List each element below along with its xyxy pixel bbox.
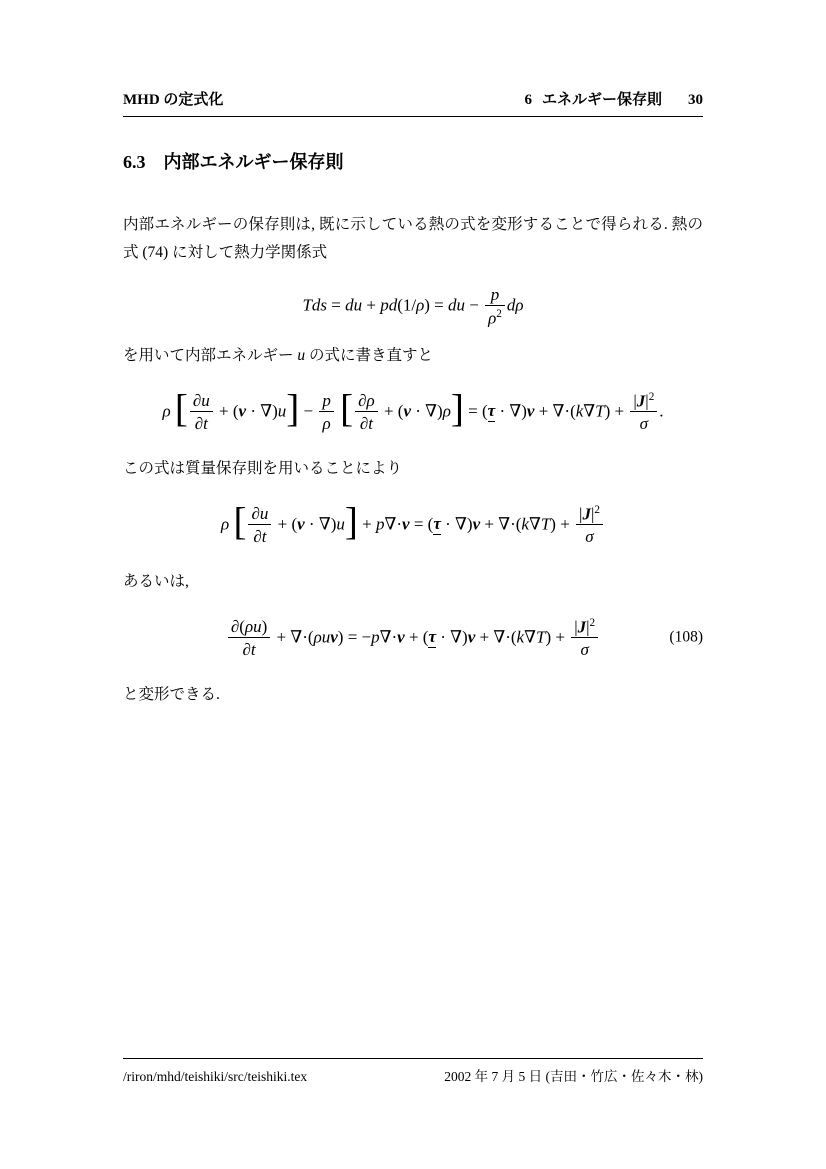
math-token: [ [175,387,188,430]
fraction-numerator: ∂ρ [355,391,378,412]
equation-3-body: ρ [∂u∂t + (v · ∇)u] + p∇·v = (τ · ∇)v + … [221,504,605,547]
math-token: · ∇) [495,401,527,420]
math-token: ∂t [253,527,266,546]
math-token: · ∇) [436,627,468,646]
math-token: ] [286,387,299,430]
math-token: − [465,295,483,314]
fraction-numerator: ∂u [248,504,271,525]
header-section-title: エネルギー保存則 [542,88,662,109]
math-token: ∇· [380,627,398,646]
math-token: Tds [302,295,327,314]
fraction: |J|2σ [630,391,657,434]
fraction-denominator: σ [576,525,603,546]
header-left-latin: MHD [123,92,160,108]
math-token: ) = − [338,627,371,646]
equation-1-body: Tds = du + pd(1/ρ) = du − pρ2dρ [302,285,523,328]
math-token: ∇ [583,401,595,420]
paragraph-mass-conservation: この式は質量保存則を用いることにより [123,455,703,483]
math-token: ) + [550,514,574,533]
fraction-denominator: ρ [319,412,334,433]
header-right-title: 6 エネルギー保存則 30 [524,88,703,109]
math-token: ∂t [243,640,256,659]
math-token: v [473,514,481,533]
fraction-numerator: |J|2 [630,391,657,413]
paragraph-intro: 内部エネルギーの保存則は, 既に示している熱の式を変形することで得られる. 熱の… [123,211,703,267]
equation-internal-energy-full: ρ [∂u∂t + (v · ∇)u] − pρ [∂ρ∂t + (v · ∇)… [123,383,703,441]
math-token: u [336,514,345,533]
fraction: ∂u∂t [190,391,213,433]
math-token: ] [345,500,358,543]
fraction-numerator: ∂(ρu) [228,617,270,638]
paragraph-rewrite-post: の式に書き直すと [305,347,433,364]
math-token: ρu [245,617,262,636]
math-token: ∇· [384,514,402,533]
math-token: v [402,514,410,533]
math-token: ρ [221,514,229,533]
math-token: T [595,401,604,420]
math-token: v [297,514,305,533]
math-token: du [345,295,362,314]
math-token: v [330,627,338,646]
math-token: ∂u [251,504,268,523]
header-left-title: MHD の定式化 [123,88,223,109]
footer-file-path: /riron/mhd/teishiki/src/teishiki.tex [123,1069,307,1085]
fraction: pρ2 [485,285,505,328]
math-token: 2 [590,617,596,629]
math-token: + ( [215,401,239,420]
math-token: du [448,295,465,314]
math-token: + ( [405,627,429,646]
math-token: u [278,401,287,420]
math-token: + ∇·( [480,514,521,533]
math-token: ∂ρ [358,391,375,410]
equation-4-body: ∂(ρu)∂t + ∇·(ρuv) = −p∇·v + (τ · ∇)v + ∇… [226,617,600,660]
footer-date-authors: 2002 年 7 月 5 日 (吉田・竹広・佐々木・林) [444,1065,703,1085]
fraction-numerator: |J|2 [571,617,598,639]
math-token: dρ [507,295,524,314]
fraction: |J|2σ [571,617,598,660]
fraction-numerator: p [319,391,334,412]
math-token: ) + [545,627,569,646]
math-token: 2 [649,391,655,403]
math-token: ∇ [529,514,541,533]
math-token: + [358,514,376,533]
math-token: + ( [273,514,297,533]
math-token: · ∇) [246,401,278,420]
math-token: σ [580,640,588,659]
math-token: = ( [410,514,434,533]
fraction-denominator: σ [571,638,598,659]
equation-number: (108) [669,629,703,648]
header-rule [123,116,703,117]
fraction-numerator: ∂u [190,391,213,412]
section-heading: 6.3内部エネルギー保存則 [123,148,703,174]
math-token: (1/ [397,295,416,314]
math-token: · ∇) [411,401,443,420]
math-token: ∂t [195,414,208,433]
equation-internal-energy-simplified: ρ [∂u∂t + (v · ∇)u] + p∇·v = (τ · ∇)v + … [123,496,703,554]
paragraph-rewrite-pre: を用いて内部エネルギー [123,347,297,364]
math-token: ∂t [360,414,373,433]
footer-row: /riron/mhd/teishiki/src/teishiki.tex 200… [123,1065,703,1085]
math-token: + ∇·( [475,627,516,646]
math-token: ) = [424,295,448,314]
page-footer: /riron/mhd/teishiki/src/teishiki.tex 200… [123,1058,703,1085]
section-number: 6.3 [123,152,146,172]
math-token: J [578,617,587,636]
fraction: pρ [319,391,334,433]
math-token: k [517,627,525,646]
math-var-u: u [297,347,305,364]
math-token: + ∇·( [534,401,575,420]
fraction-numerator: |J|2 [576,504,603,526]
math-token: p [322,391,331,410]
math-token: = [327,295,345,314]
math-token: 2 [594,504,600,516]
footer-rule [123,1058,703,1059]
math-token: p [491,285,500,304]
fraction: ∂u∂t [248,504,271,546]
math-token: p [371,627,380,646]
fraction-denominator: ρ2 [485,306,505,328]
math-token: + ∇·( [272,627,313,646]
math-token: τ [433,514,441,535]
math-token: v [397,627,405,646]
math-token: · ∇) [305,514,337,533]
math-token: ρ [443,401,451,420]
math-token: τ [428,627,436,648]
paragraph-rewrite: を用いて内部エネルギー u の式に書き直すと [123,342,703,370]
math-token: [ [340,387,353,430]
math-token: − [299,401,317,420]
math-token: + [362,295,380,314]
equation-108: ∂(ρu)∂t + ∇·(ρuv) = −p∇·v + (τ · ∇)v + ∇… [123,609,703,667]
math-token: 2 [496,308,502,320]
math-token: ∇ [524,627,536,646]
fraction-denominator: ∂t [248,525,271,546]
fraction-denominator: ∂t [190,412,213,433]
header-section-number: 6 [524,92,532,109]
fraction-numerator: p [485,285,505,306]
fraction: ∂ρ∂t [355,391,378,433]
math-token: ρ [162,401,170,420]
equation-2-body: ρ [∂u∂t + (v · ∇)u] − pρ [∂ρ∂t + (v · ∇)… [162,391,663,434]
math-token: · ∇) [441,514,473,533]
page-content: MHD の定式化 6 エネルギー保存則 30 6.3内部エネルギー保存則 内部エ… [123,88,703,709]
math-token: ] [451,387,464,430]
math-token: J [582,504,591,523]
fraction-denominator: ∂t [355,412,378,433]
math-token: ) [262,617,268,636]
math-token: v [239,401,247,420]
math-token: σ [640,414,648,433]
section-title: 内部エネルギー保存則 [164,152,344,172]
math-token: + ( [380,401,404,420]
math-token: T [541,514,550,533]
math-token: ρu [314,627,331,646]
math-token: ) + [605,401,629,420]
math-token: J [637,391,646,410]
fraction: ∂(ρu)∂t [228,617,270,659]
math-token: σ [585,527,593,546]
paragraph-alternative: あるいは, [123,568,703,596]
math-token: v [403,401,411,420]
equation-thermodynamic-relation: Tds = du + pd(1/ρ) = du − pρ2dρ [123,284,703,328]
header-left-jp: の定式化 [163,91,223,108]
fraction: |J|2σ [576,504,603,547]
page-header: MHD の定式化 6 エネルギー保存則 30 [123,88,703,109]
math-token: k [521,514,529,533]
math-token: pd [380,295,397,314]
document-page: MHD の定式化 6 エネルギー保存則 30 6.3内部エネルギー保存則 内部エ… [0,0,826,1169]
math-token: ρ [323,414,331,433]
fraction-denominator: σ [630,412,657,433]
math-token: ∂u [193,391,210,410]
fraction-denominator: ∂t [228,638,270,659]
math-token: . [659,401,663,420]
paragraph-conclusion: と変形できる. [123,681,703,709]
math-token: = ( [464,401,488,420]
page-number: 30 [688,92,703,109]
math-token: [ [233,500,246,543]
